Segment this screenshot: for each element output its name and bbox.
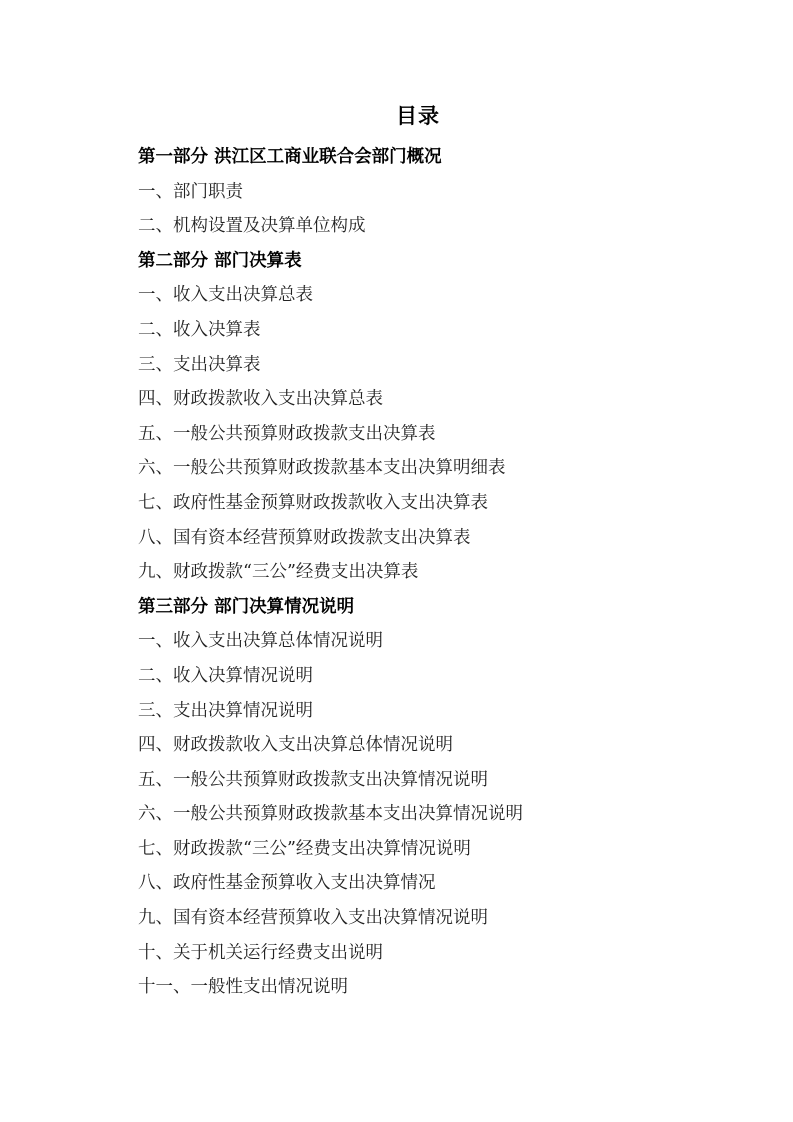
toc-item-basic-expenditure-detail-table[interactable]: 六、一般公共预算财政拨款基本支出决算明细表 <box>138 451 523 486</box>
toc-item-income-table[interactable]: 二、收入决算表 <box>138 313 523 348</box>
toc-item-overall-description[interactable]: 一、收入支出决算总体情况说明 <box>138 624 523 659</box>
toc-item-income-expenditure-summary-table[interactable]: 一、收入支出决算总表 <box>138 278 523 313</box>
toc-item-general-public-budget-description[interactable]: 五、一般公共预算财政拨款支出决算情况说明 <box>138 763 523 798</box>
toc-item-organization-structure[interactable]: 二、机构设置及决算单位构成 <box>138 209 523 244</box>
toc-item-general-public-budget-table[interactable]: 五、一般公共预算财政拨款支出决算表 <box>138 417 523 452</box>
toc-item-general-expenditure-description[interactable]: 十一、一般性支出情况说明 <box>138 970 523 1005</box>
toc-item-state-capital-description[interactable]: 九、国有资本经营预算收入支出决算情况说明 <box>138 901 523 936</box>
toc-item-income-description[interactable]: 二、收入决算情况说明 <box>138 659 523 694</box>
toc-item-department-duties[interactable]: 一、部门职责 <box>138 175 523 210</box>
toc-item-expenditure-table[interactable]: 三、支出决算表 <box>138 348 523 383</box>
toc-item-three-public-expenses-table[interactable]: 九、财政拨款“三公”经费支出决算表 <box>138 555 523 590</box>
toc-item-operating-expenses-description[interactable]: 十、关于机关运行经费支出说明 <box>138 936 523 971</box>
table-of-contents: 第一部分 洪江区工商业联合会部门概况 一、部门职责 二、机构设置及决算单位构成 … <box>138 140 523 1005</box>
toc-part-1[interactable]: 第一部分 洪江区工商业联合会部门概况 <box>138 140 523 175</box>
toc-item-expenditure-description[interactable]: 三、支出决算情况说明 <box>138 694 523 729</box>
toc-item-government-fund-description[interactable]: 八、政府性基金预算收入支出决算情况 <box>138 866 523 901</box>
toc-item-basic-expenditure-description[interactable]: 六、一般公共预算财政拨款基本支出决算情况说明 <box>138 797 523 832</box>
toc-item-state-capital-table[interactable]: 八、国有资本经营预算财政拨款支出决算表 <box>138 521 523 556</box>
document-page: 目录 第一部分 洪江区工商业联合会部门概况 一、部门职责 二、机构设置及决算单位… <box>0 0 793 1122</box>
toc-part-2[interactable]: 第二部分 部门决算表 <box>138 244 523 279</box>
toc-item-government-fund-table[interactable]: 七、政府性基金预算财政拨款收入支出决算表 <box>138 486 523 521</box>
toc-item-fiscal-appropriation-description[interactable]: 四、财政拨款收入支出决算总体情况说明 <box>138 728 523 763</box>
toc-part-3[interactable]: 第三部分 部门决算情况说明 <box>138 590 523 625</box>
toc-title: 目录 <box>0 101 793 131</box>
toc-item-three-public-expenses-description[interactable]: 七、财政拨款“三公”经费支出决算情况说明 <box>138 832 523 867</box>
toc-item-fiscal-appropriation-summary-table[interactable]: 四、财政拨款收入支出决算总表 <box>138 382 523 417</box>
